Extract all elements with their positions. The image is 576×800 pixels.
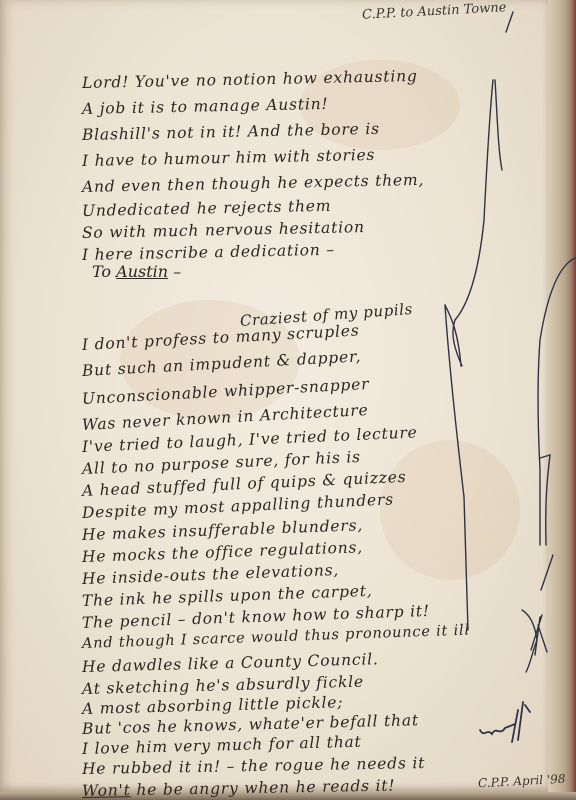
dedication-heading: To Austin –: [92, 262, 181, 281]
dedication-dash: –: [173, 262, 181, 281]
paper-stain: [380, 440, 520, 580]
dedication-prefix: To: [92, 262, 111, 281]
book-page-edges: [548, 0, 576, 800]
closing-emphasis: Won't: [82, 781, 131, 800]
dedication-name: Austin: [116, 262, 168, 281]
